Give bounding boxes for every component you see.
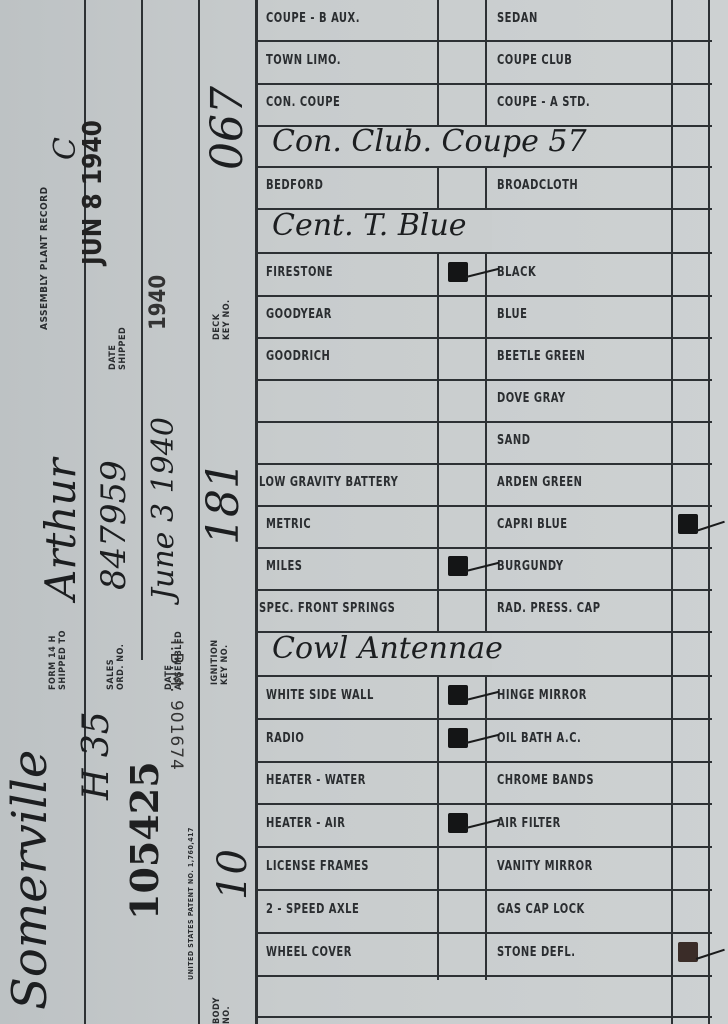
option-checkbox-right[interactable] — [673, 2, 707, 39]
option-checkbox-left[interactable] — [440, 2, 484, 39]
option-label-left: COUPE - B AUX. — [266, 11, 360, 26]
grid-row-line — [256, 295, 712, 297]
option-checkbox-left[interactable] — [440, 168, 484, 207]
option-label-left: GOODRICH — [266, 349, 330, 364]
assembly-plant-record-card: FORM 14 H SHIPPED TO ASSEMBLY PLANT RECO… — [0, 0, 728, 1024]
grid-row-line — [256, 337, 712, 339]
option-checkbox-left[interactable] — [440, 848, 484, 888]
option-checkbox-left[interactable] — [440, 423, 484, 462]
option-label-left: METRIC — [266, 517, 311, 532]
grid-row-line — [256, 675, 712, 677]
option-label-right: DOVE GRAY — [497, 391, 566, 406]
option-checkbox-left[interactable] — [440, 465, 484, 504]
option-label-left: WHEEL COVER — [266, 945, 352, 960]
body-no-value: 10 — [210, 849, 256, 900]
divider — [141, 0, 143, 660]
option-checkbox-right[interactable] — [673, 891, 707, 931]
option-label-left: TOWN LIMO. — [266, 53, 341, 68]
option-checkbox-right[interactable] — [673, 763, 707, 802]
handwritten-entry: Cowl Antennae — [272, 631, 503, 666]
grid-row-line — [256, 40, 712, 42]
ignition-key-no-label: IGNITION KEY NO. — [210, 639, 230, 685]
serial-number: 105425 — [122, 761, 167, 920]
ibm-number: I.B.M. 901674 — [166, 640, 186, 771]
checked-mark-left — [448, 813, 468, 833]
option-checkbox-right[interactable] — [673, 720, 707, 760]
option-checkbox-right[interactable] — [673, 977, 707, 1015]
option-label-left: CON. COUPE — [266, 95, 340, 110]
shipped-to-label: FORM 14 H SHIPPED TO — [48, 630, 68, 690]
grid-row-line — [256, 166, 712, 168]
option-label-left: BEDFORD — [266, 178, 323, 193]
grid-row-line — [256, 975, 712, 977]
ignition-key-no-value: 181 — [198, 461, 249, 545]
deck-key-no-value: 067 — [202, 86, 253, 170]
sales-ord-no-label: SALES ORD. NO. — [106, 644, 126, 690]
checked-mark-left — [448, 556, 468, 576]
checked-mark-left — [448, 728, 468, 748]
option-label-right: STONE DEFL. — [497, 945, 576, 960]
dealer-name: Somerville — [2, 750, 58, 1010]
option-label-left: LOW GRAVITY BATTERY — [259, 475, 398, 490]
body-no-label: BODY NO. — [212, 997, 232, 1024]
option-label-right: BEETLE GREEN — [497, 349, 585, 364]
option-label-left: GOODYEAR — [266, 307, 332, 322]
option-label-right: COUPE - A STD. — [497, 95, 590, 110]
option-label-left: 2 - SPEED AXLE — [266, 902, 359, 917]
option-label-right: SEDAN — [497, 11, 538, 26]
grid-row-line — [256, 889, 712, 891]
option-label-right: BLACK — [497, 265, 536, 280]
grid-col-line — [708, 0, 710, 1024]
handwritten-entry: Con. Club. Coupe 57 — [272, 124, 587, 159]
grid-row-line — [256, 83, 712, 85]
option-checkbox-right[interactable] — [673, 297, 707, 336]
option-label-left: LICENSE FRAMES — [266, 859, 369, 874]
option-checkbox-right[interactable] — [673, 254, 707, 294]
grid-row-line — [256, 932, 712, 934]
option-checkbox-right[interactable] — [673, 423, 707, 462]
option-checkbox-right[interactable] — [673, 805, 707, 845]
option-label-right: CHROME BANDS — [497, 773, 594, 788]
option-label-right: BURGUNDY — [497, 559, 564, 574]
option-checkbox-right[interactable] — [673, 591, 707, 630]
option-checkbox-left[interactable] — [440, 85, 484, 124]
option-checkbox-left[interactable] — [440, 297, 484, 336]
option-label-right: ARDEN GREEN — [497, 475, 583, 490]
option-label-right: AIR FILTER — [497, 816, 561, 831]
grid-row-line — [256, 505, 712, 507]
plant-record-title: ASSEMBLY PLANT RECORD — [40, 186, 50, 330]
option-label-right: BROADCLOTH — [497, 178, 578, 193]
option-label-right: GAS CAP LOCK — [497, 902, 585, 917]
option-label-left: SPEC. FRONT SPRINGS — [259, 601, 395, 616]
grid-row-line — [256, 463, 712, 465]
option-checkbox-right[interactable] — [673, 549, 707, 588]
grid-row-line — [256, 252, 712, 254]
date-shipped-label: DATE SHIPPED — [108, 327, 128, 370]
option-checkbox-right[interactable] — [673, 465, 707, 504]
option-label-left: FIRESTONE — [266, 265, 333, 280]
year-shipped-stamp: 1940 — [146, 275, 171, 330]
option-label-left: HEATER - WATER — [266, 773, 366, 788]
option-label-left: RADIO — [266, 731, 304, 746]
option-checkbox-right[interactable] — [673, 677, 707, 717]
date-assembled-value: June 3 1940 — [146, 417, 181, 600]
option-checkbox-right[interactable] — [673, 85, 707, 124]
option-label-right: HINGE MIRROR — [497, 688, 587, 703]
option-checkbox-right[interactable] — [673, 339, 707, 378]
option-checkbox-left[interactable] — [440, 339, 484, 378]
option-checkbox-left[interactable] — [440, 591, 484, 630]
option-checkbox-right[interactable] — [673, 848, 707, 888]
option-checkbox-right[interactable] — [673, 168, 707, 207]
car-number-handwritten: H 35 — [76, 711, 117, 800]
checked-mark-left — [448, 262, 468, 282]
initials: C — [48, 137, 83, 160]
option-label-left: HEATER - AIR — [266, 816, 345, 831]
grid-row-line — [256, 547, 712, 549]
option-checkbox-left[interactable] — [440, 977, 484, 1015]
grid-row-line — [256, 1016, 712, 1018]
checked-mark-right — [678, 514, 698, 534]
option-label-right: BLUE — [497, 307, 527, 322]
option-label-right: RAD. PRESS. CAP — [497, 601, 601, 616]
option-checkbox-left[interactable] — [440, 507, 484, 546]
handwritten-entry: Cent. T. Blue — [272, 208, 467, 243]
grid-row-line — [256, 718, 712, 720]
shipped-to-value: Arthur — [36, 459, 85, 600]
option-checkbox-right[interactable] — [673, 42, 707, 82]
option-label-right: SAND — [497, 433, 530, 448]
option-label-right: OIL BATH A.C. — [497, 731, 581, 746]
option-checkbox-left[interactable] — [440, 381, 484, 420]
grid-row-line — [256, 421, 712, 423]
option-checkbox-left[interactable] — [440, 934, 484, 974]
deck-key-no-label: DECK KEY NO. — [212, 299, 232, 340]
patent-text: UNITED STATES PATENT NO. 1,760,417 — [186, 827, 196, 980]
grid-row-line — [256, 803, 712, 805]
option-label-right: COUPE CLUB — [497, 53, 572, 68]
checked-mark-left — [448, 685, 468, 705]
option-label-left: MILES — [266, 559, 302, 574]
grid-row-line — [256, 379, 712, 381]
option-label-left: WHITE SIDE WALL — [266, 688, 374, 703]
grid-row-line — [256, 589, 712, 591]
grid-row-line — [256, 846, 712, 848]
option-label-right: CAPRI BLUE — [497, 517, 568, 532]
option-checkbox-left[interactable] — [440, 42, 484, 82]
option-checkbox-left[interactable] — [440, 763, 484, 802]
sales-ord-no-value: 847959 — [94, 460, 134, 590]
option-checkbox-left[interactable] — [440, 891, 484, 931]
option-label-right: VANITY MIRROR — [497, 859, 593, 874]
grid-row-line — [256, 761, 712, 763]
option-checkbox-right[interactable] — [673, 381, 707, 420]
